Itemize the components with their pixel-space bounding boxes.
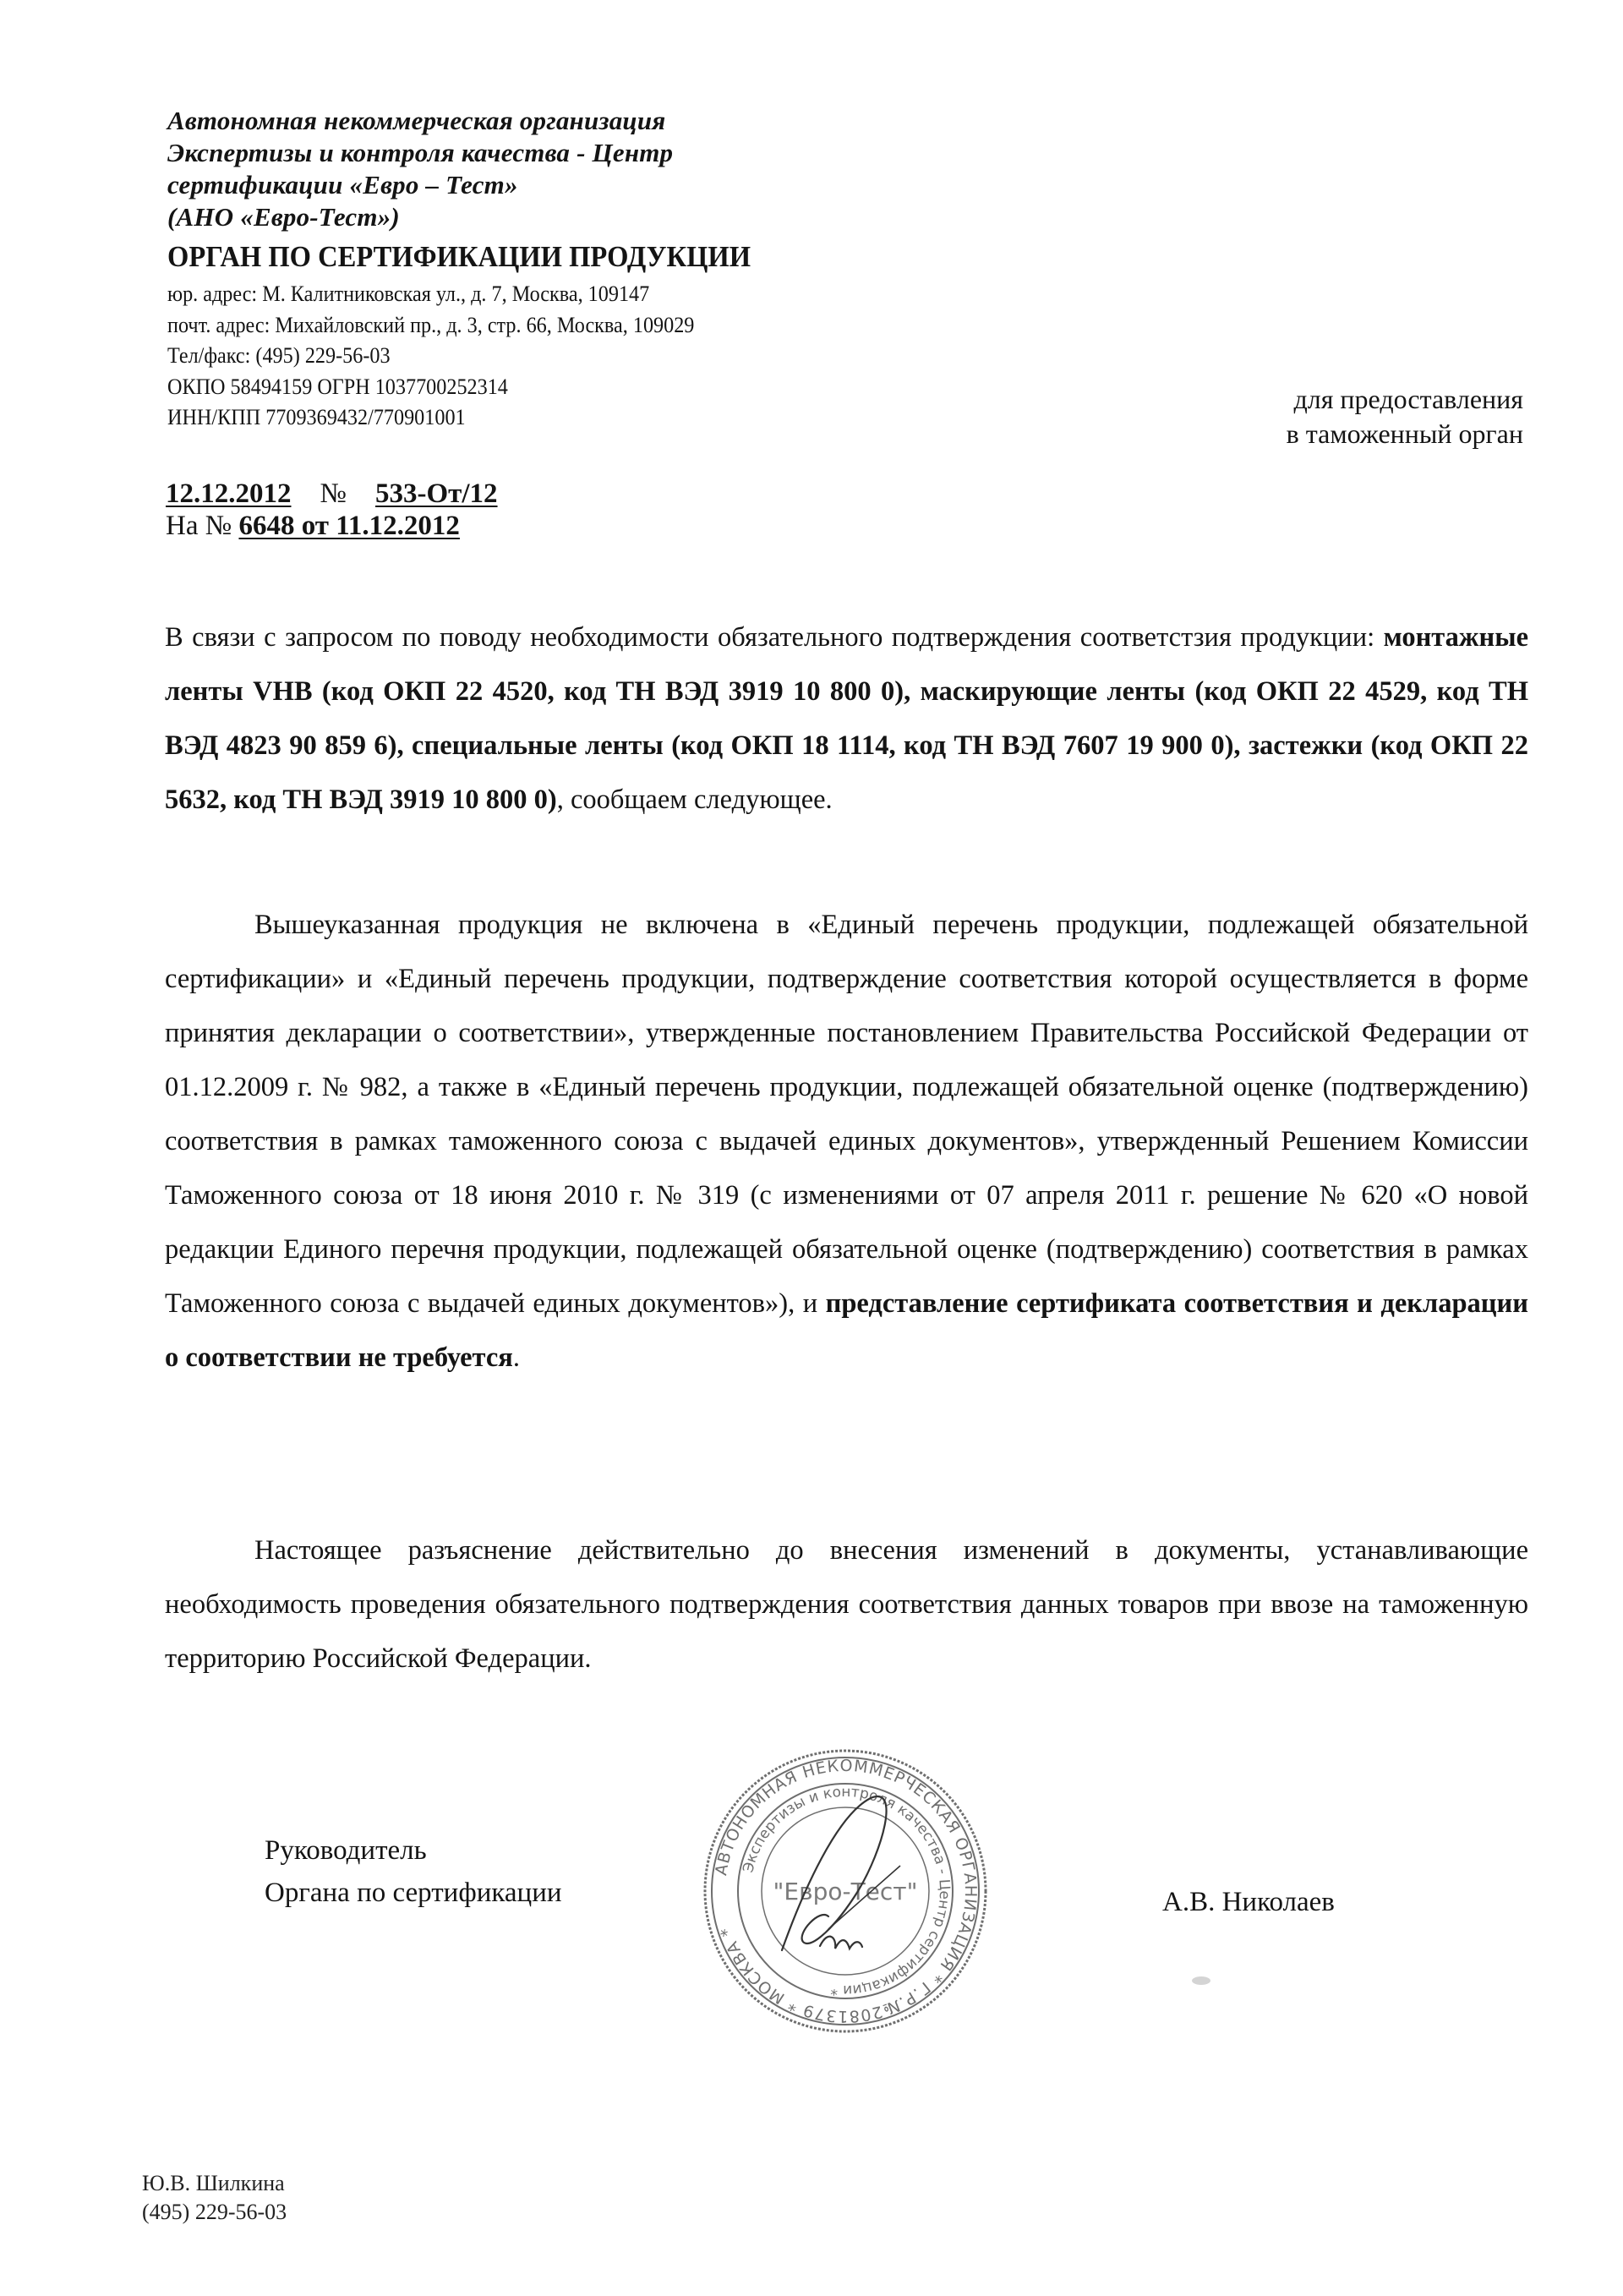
- recipient-line-1: для предоставления: [1133, 382, 1523, 417]
- paragraph-1-text: В связи с запросом по поводу необходимос…: [165, 622, 1384, 653]
- paragraph-1: В связи с запросом по поводу необходимос…: [165, 610, 1528, 827]
- org-name-line-2: Экспертизы и контроля качества - Центр: [167, 137, 673, 169]
- org-name-line-4: (АНО «Евро-Тест»): [167, 201, 400, 233]
- org-name-line-3: сертификации «Евро – Тест»: [167, 169, 518, 201]
- reference-block: 12.12.2012№533-От/12 На № 6648 от 11.12.…: [166, 478, 498, 542]
- recipient-block: для предоставления в таможенный орган: [1133, 382, 1523, 451]
- paragraph-1-end: , сообщаем следующее.: [557, 784, 833, 815]
- signatory-title: Руководитель Органа по сертификации: [265, 1829, 562, 1914]
- contact-name: Ю.В. Шилкина: [142, 2169, 287, 2198]
- signatory-name: А.В. Николаев: [1162, 1885, 1335, 1919]
- org-name-line-1: Автономная некоммерческая организация: [167, 105, 665, 137]
- paragraph-2-end: .: [513, 1342, 520, 1373]
- recipient-line-2: в таможенный орган: [1133, 417, 1523, 451]
- scan-speck: [1192, 1976, 1210, 1985]
- paragraph-2: Вышеуказанная продукция не включена в «Е…: [165, 898, 1528, 1385]
- okpo-ogrn: ОКПО 58494159 ОГРН 1037700252314: [167, 372, 694, 403]
- signatory-title-line-1: Руководитель: [265, 1829, 562, 1872]
- stamp-center-text: "Евро-Тест": [773, 1878, 918, 1905]
- reply-prefix: На №: [166, 511, 232, 541]
- contact-block: Ю.В. Шилкина (495) 229-56-03: [142, 2169, 287, 2227]
- signature-scribble-icon: [782, 1796, 887, 1950]
- letter-number: 533-От/12: [375, 478, 498, 509]
- official-stamp-icon: АВТОНОМНАЯ НЕКОММЕРЧЕСКАЯ ОРГАНИЗАЦИЯ * …: [702, 1747, 989, 2035]
- number-sign: №: [320, 478, 347, 509]
- signatory-title-line-2: Органа по сертификации: [265, 1872, 562, 1914]
- contact-phone: (495) 229-56-03: [142, 2198, 287, 2227]
- inn-kpp: ИНН/КПП 7709369432/770901001: [167, 402, 694, 434]
- postal-address: почт. адрес: Михайловский пр., д. 3, стр…: [167, 310, 694, 342]
- paragraph-3: Настоящее разъяснение действительно до в…: [165, 1523, 1528, 1686]
- paragraph-2-text: Вышеуказанная продукция не включена в «Е…: [165, 910, 1528, 1319]
- org-details: юр. адрес: М. Калитниковская ул., д. 7, …: [167, 279, 694, 434]
- phone-fax: Тел/факс: (495) 229-56-03: [167, 341, 694, 372]
- org-heading: ОРГАН ПО СЕРТИФИКАЦИИ ПРОДУКЦИИ: [167, 240, 751, 274]
- legal-address: юр. адрес: М. Калитниковская ул., д. 7, …: [167, 279, 694, 310]
- paragraph-3-text: Настоящее разъяснение действительно до в…: [165, 1523, 1528, 1686]
- letter-date: 12.12.2012: [166, 478, 292, 509]
- reply-reference: 6648 от 11.12.2012: [238, 511, 459, 541]
